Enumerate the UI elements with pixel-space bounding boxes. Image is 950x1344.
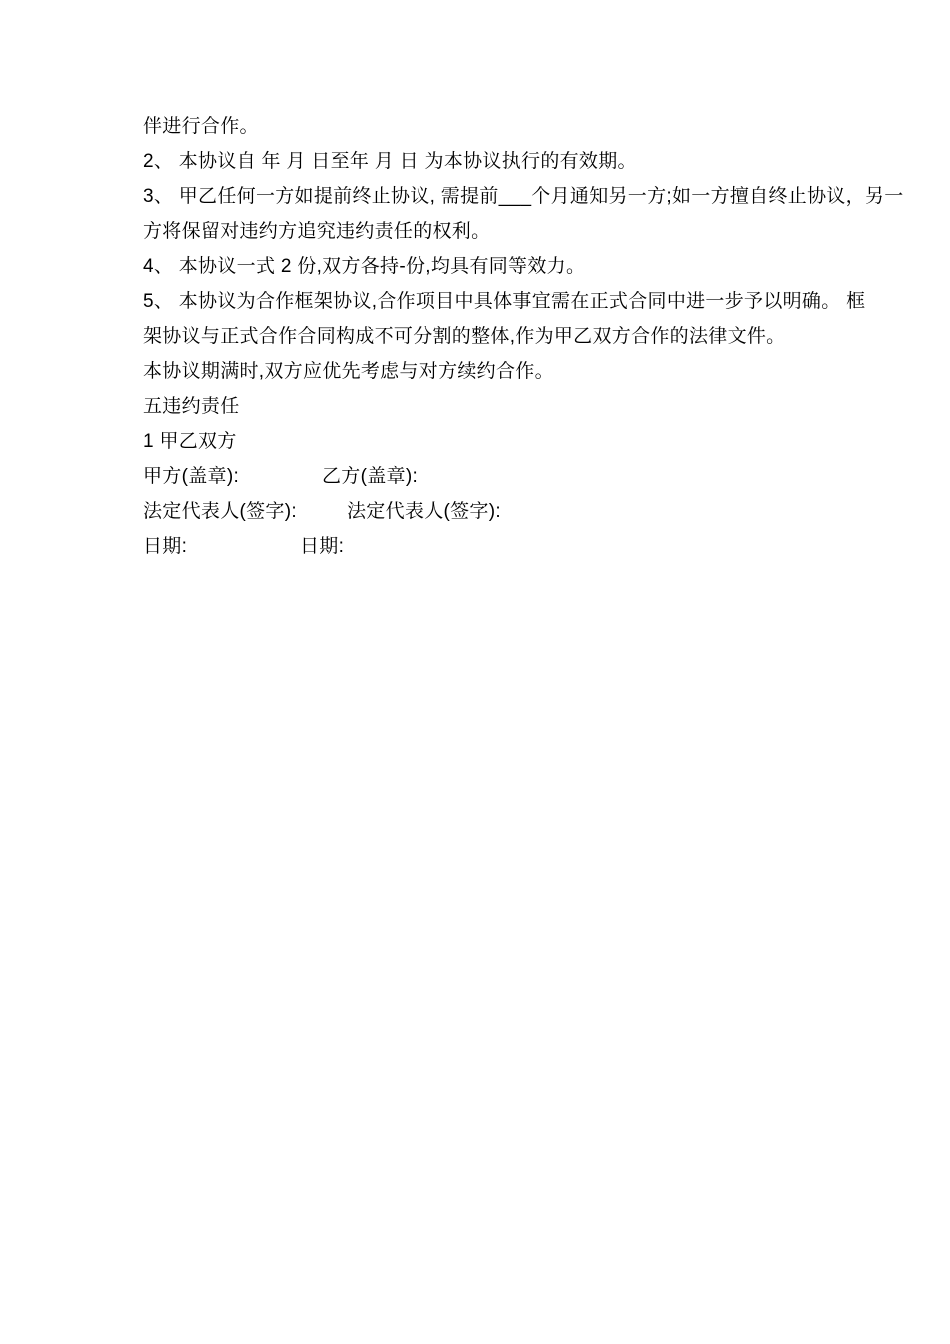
signature-representative-row: 法定代表人(签字): 法定代表人(签字): (143, 494, 813, 529)
clause-5-continuation-line: 架协议与正式合作合同构成不可分割的整体,作为甲乙双方合作的法律文件。 (143, 319, 813, 354)
document-page: 伴进行合作。 2、 本协议自 年 月 日至年 月 日 为本协议执行的有效期。 3… (0, 0, 950, 1344)
section-5-item-1: 1 甲乙双方 (143, 424, 813, 459)
party-b-seal-label: 乙方(盖章): (322, 459, 418, 494)
clause-2-line: 2、 本协议自 年 月 日至年 月 日 为本协议执行的有效期。 (143, 144, 813, 179)
party-b-representative-label: 法定代表人(签字): (347, 494, 501, 529)
clause-3-line: 3、 甲乙任何一方如提前终止协议, 需提前___个月通知另一方;如一方擅自终止协… (143, 179, 813, 214)
party-a-date-label: 日期: (143, 536, 187, 557)
renewal-note-line: 本协议期满时,双方应优先考虑与对方续约合作。 (143, 354, 813, 389)
paragraph-continuation-line: 伴进行合作。 (143, 109, 813, 144)
party-a-seal-label: 甲方(盖章): (143, 466, 239, 487)
clause-5-line: 5、 本协议为合作框架协议,合作项目中具体事宜需在正式合同中进一步予以明确。 框 (143, 284, 813, 319)
party-a-representative-label: 法定代表人(签字): (143, 501, 297, 522)
signature-date-row: 日期: 日期: (143, 529, 813, 564)
clause-3-continuation-line: 方将保留对违约方追究违约责任的权利。 (143, 214, 813, 249)
party-b-date-label: 日期: (300, 529, 344, 564)
clause-4-line: 4、 本协议一式 2 份,双方各持-份,均具有同等效力。 (143, 249, 813, 284)
document-body: 伴进行合作。 2、 本协议自 年 月 日至年 月 日 为本协议执行的有效期。 3… (143, 109, 813, 564)
signature-seal-row: 甲方(盖章): 乙方(盖章): (143, 459, 813, 494)
section-5-heading: 五违约责任 (143, 389, 813, 424)
